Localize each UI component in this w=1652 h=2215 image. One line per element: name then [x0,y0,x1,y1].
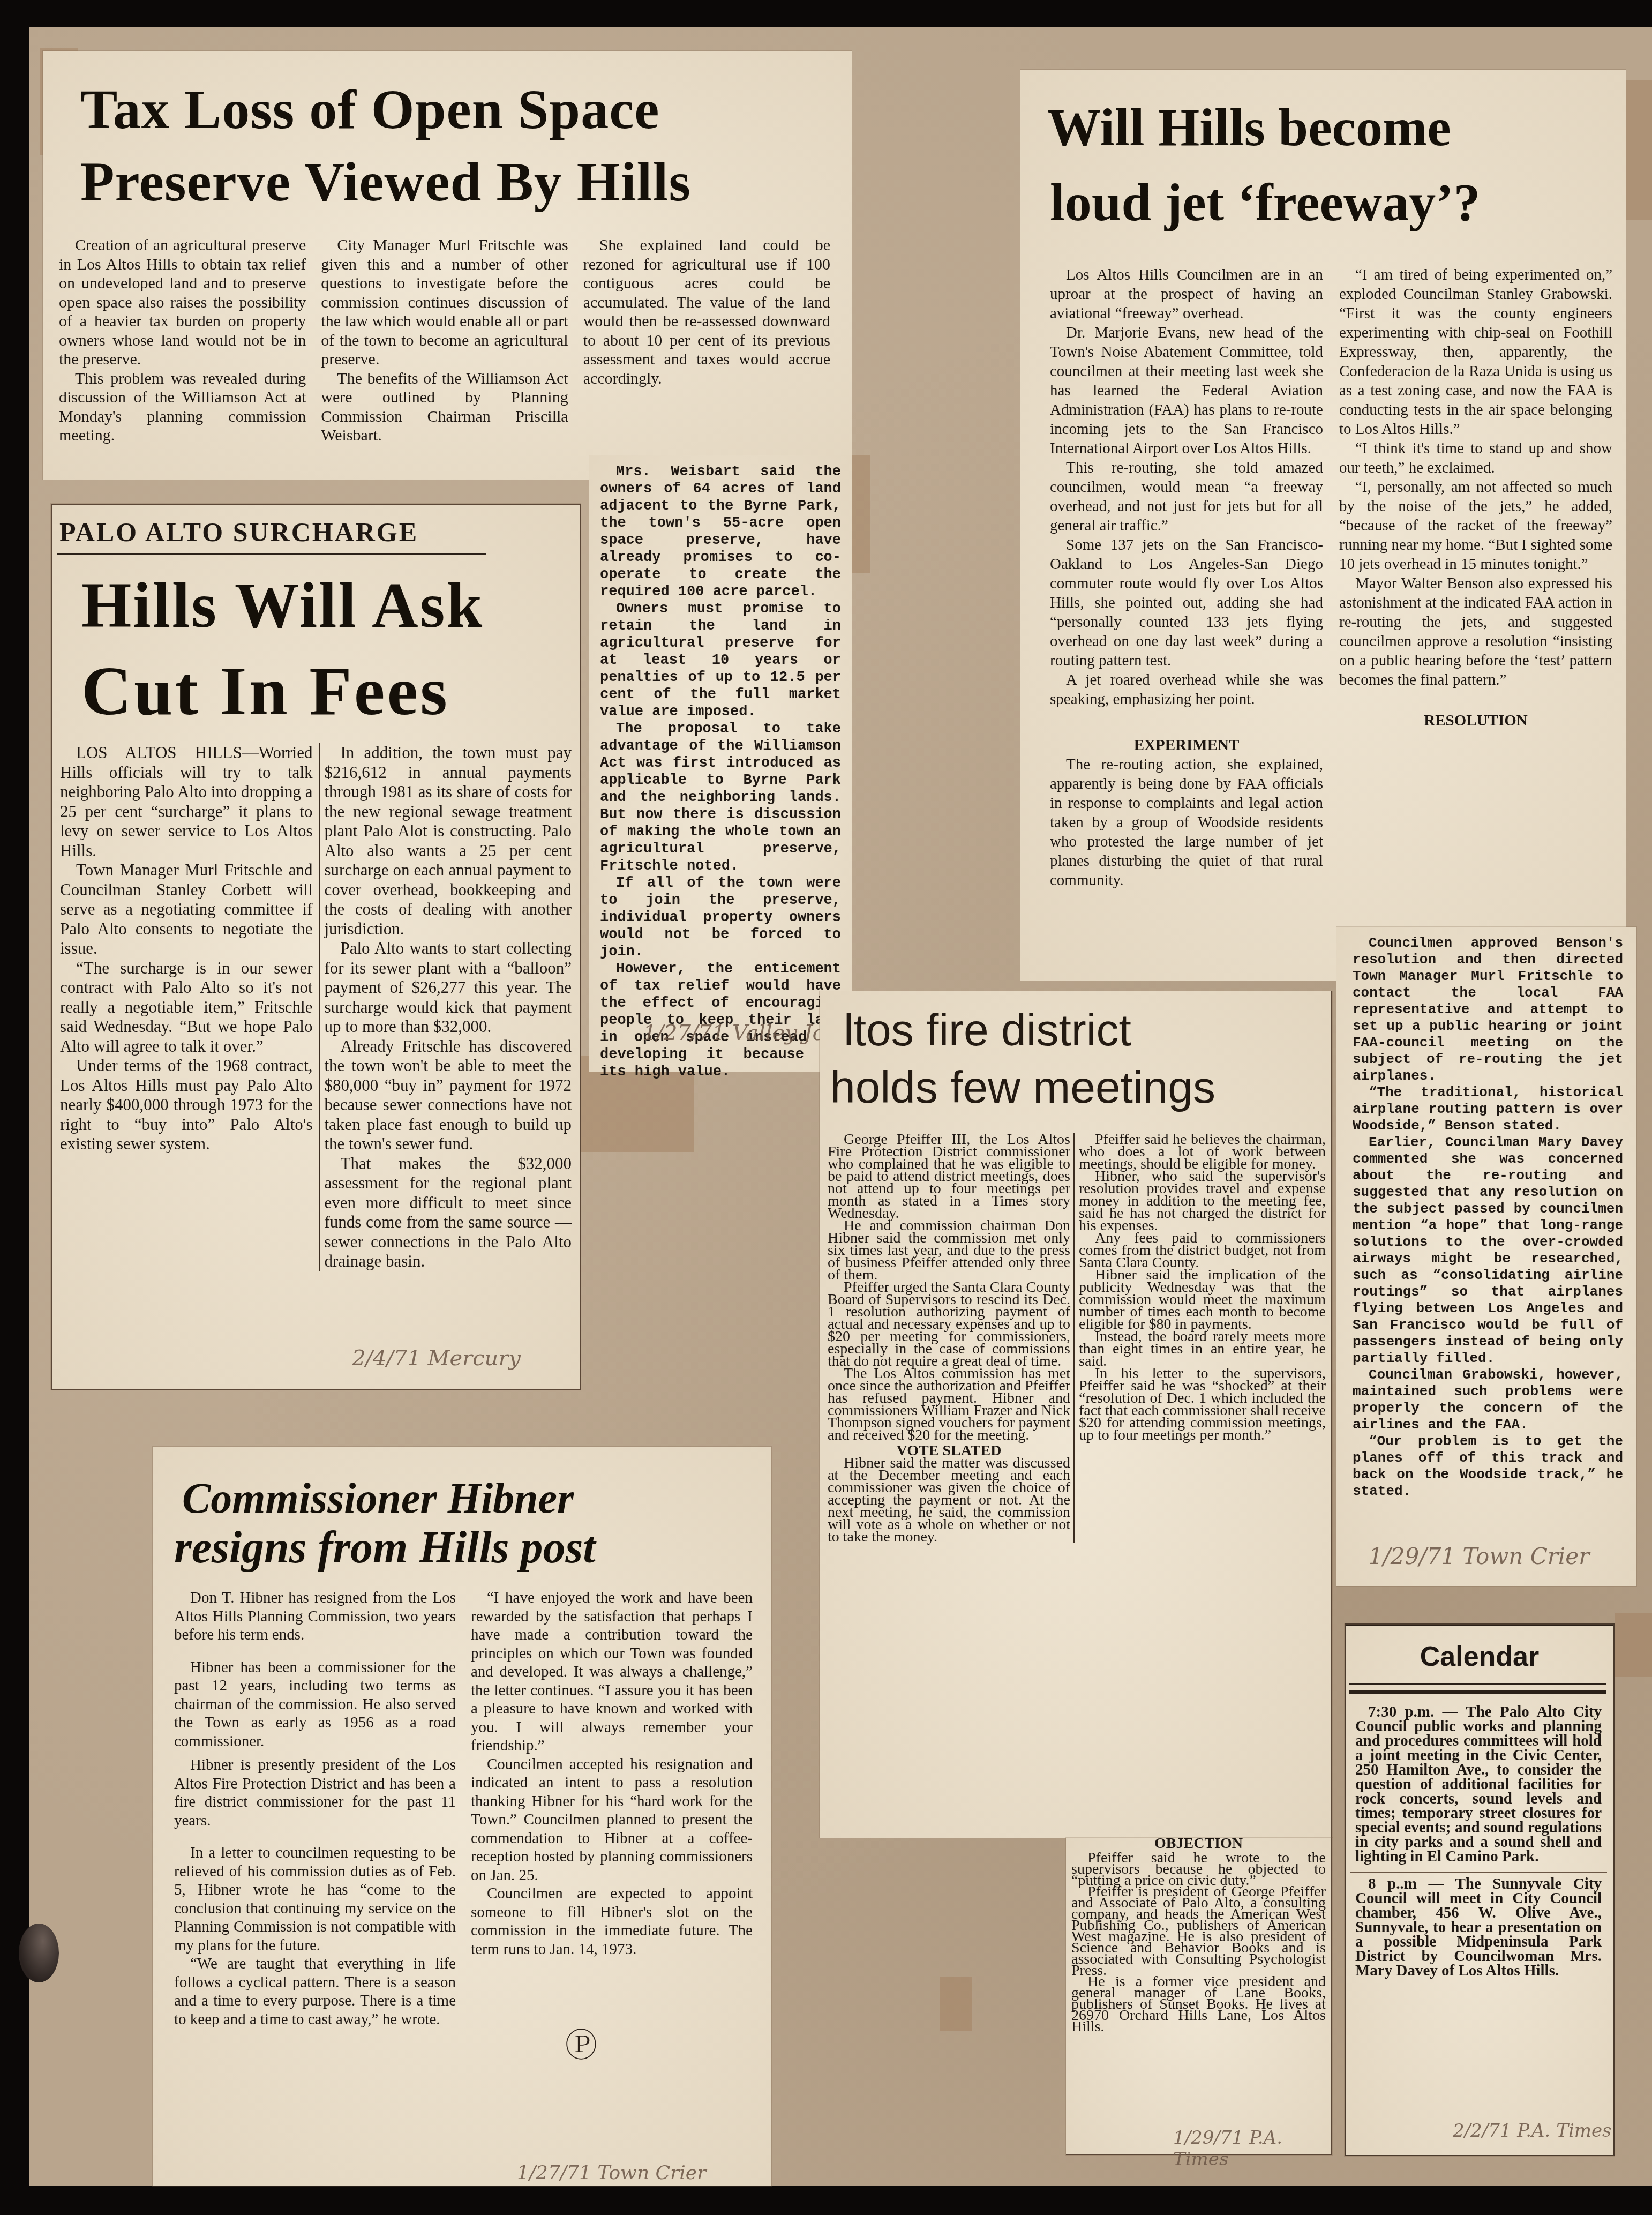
headline-line-2: Cut In Fees [81,655,449,728]
paragraph: Pfeiffer said he wrote to the supervisor… [1071,1852,1326,1886]
title-rule-thick [1349,1690,1606,1694]
paragraph: Hibner is presently president of the Los… [174,1756,456,1830]
paragraph: That makes the $32,000 assessment for th… [325,1154,572,1271]
paragraph: If all of the town were to join the pres… [600,875,841,961]
paragraph: Owners must promise to retain the land i… [600,601,841,721]
handwritten-source-note: 1/27/71 Town Crier [517,2162,706,2184]
paragraph: Mrs. Weisbart said the owners of 64 acre… [600,463,841,601]
calendar-title: Calendar [1346,1641,1613,1673]
column: OBJECTION Pfeiffer said he wrote to the … [1071,1838,1326,2032]
clipping-fire-district: ltos fire district holds few meetings Ge… [820,991,1332,1838]
column: “I am tired of being experimented on,” e… [1339,265,1612,890]
paragraph: He is a former vice president and genera… [1071,1976,1326,2032]
headline-line-2: Preserve Viewed By Hills [80,153,691,211]
column: Don T. Hibner has resigned from the Los … [174,1589,456,2029]
paragraph: The proposal to take advantage of the Wi… [600,721,841,875]
handwritten-source-note: 2/4/71 Mercury [352,1346,521,1371]
paragraph: He and commission chairman Don Hibner sa… [828,1219,1070,1281]
paragraph: “We are taught that everything in life f… [174,1955,456,2029]
handwritten-source-note: 1/27/71 Valley Jour [643,1021,850,1045]
column: Mrs. Weisbart said the owners of 64 acre… [600,463,841,1081]
clipping-calendar: Calendar 7:30 p.m. — The Palo Alto City … [1345,1623,1615,2156]
clipping-hibner-resigns: Commissioner Hibner resigns from Hills p… [153,1447,771,2186]
column: Councilmen approved Benson's resolution … [1353,935,1623,1500]
column: George Pfeiffer III, the Los Altos Fire … [828,1133,1075,1543]
calendar-entry: 8 p..m — The Sunnyvale City Council will… [1355,1877,1602,1978]
headline-line-1: Will Hills become [1047,99,1451,155]
clipping-tax-loss: Tax Loss of Open Space Preserve Viewed B… [43,51,852,480]
paragraph: “Our problem is to get the planes off of… [1353,1433,1623,1500]
headline-line-1: Commissioner Hibner [182,1476,574,1521]
paragraph: Pfeiffer is president of George Pfeiffer… [1071,1886,1326,1976]
paragraph: Dr. Marjorie Evans, new head of the Town… [1050,323,1323,458]
column: LOS ALTOS HILLS—Worried Hills officials … [60,743,313,1271]
paragraph: The re-routing action, she explained, ap… [1050,755,1323,890]
column: “I have enjoyed the work and have been r… [471,1589,753,2029]
paragraph: Earlier, Councilman Mary Davey commented… [1353,1134,1623,1367]
subhead-objection: OBJECTION [1071,1838,1326,1849]
paragraph: Hibner said the implication of the publi… [1079,1269,1326,1330]
tape-strip [1615,1613,1652,1677]
paragraph: “I am tired of being experimented on,” e… [1339,265,1612,439]
paragraph: In his letter to the supervisors, Pfeiff… [1079,1367,1326,1441]
article-body: George Pfeiffer III, the Los Altos Fire … [828,1133,1326,1543]
paragraph: Councilmen are expected to appoint someo… [471,1884,753,1958]
paragraph: George Pfeiffer III, the Los Altos Fire … [828,1133,1070,1219]
subhead-resolution: RESOLUTION [1339,711,1612,730]
clipping-fire-district-continued: OBJECTION Pfeiffer said he wrote to the … [1066,1838,1332,2155]
paragraph: Creation of an agricultural preserve in … [59,236,306,369]
binder-knob [19,1924,59,1982]
paragraph: This re-routing, she told amazed council… [1050,458,1323,535]
handwritten-source-note: 2/2/71 P.A. Times [1453,2120,1612,2142]
calendar-entry: 7:30 p.m. — The Palo Alto City Council p… [1355,1705,1602,1864]
paragraph: Instead, the board rarely meets more tha… [1079,1330,1326,1367]
paragraph: “I, personally, am not affected so much … [1339,477,1612,574]
article-body: Creation of an agricultural preserve in … [59,236,830,445]
column: She explained land could be rezoned for … [583,236,830,445]
paragraph: Councilman Grabowski, however, maintaine… [1353,1367,1623,1433]
title-rule [1349,1683,1606,1685]
headline-line-2: loud jet ‘freeway’? [1050,174,1480,230]
paragraph: Pfeiffer urged the Santa Clara County Bo… [828,1281,1070,1367]
paragraph: “The surcharge is in our sewer contract … [60,959,313,1057]
paragraph: Los Altos Hills Councilmen are in an upr… [1050,265,1323,323]
paragraph: Hibner has been a commissioner for the p… [174,1658,456,1751]
article-body: Don T. Hibner has resigned from the Los … [174,1589,753,2029]
headline-line-2: resigns from Hills post [174,1524,595,1572]
paragraph: Pfeiffer said he believes the chairman, … [1079,1133,1326,1170]
article-body: LOS ALTOS HILLS—Worried Hills officials … [60,743,572,1271]
paragraph: A jet roared overhead while she was spea… [1050,670,1323,709]
headline-line-1: Tax Loss of Open Space [80,80,660,139]
top-rule [1346,1625,1613,1626]
paragraph: Some 137 jets on the San Francisco-Oakla… [1050,535,1323,670]
headline-line-2: holds few meetings [830,1064,1215,1111]
handwritten-source-note: 1/29/71 Town Crier [1369,1543,1589,1569]
paragraph: Town Manager Murl Fritschle and Councilm… [60,860,313,959]
paragraph: Already Fritschle has discovered the tow… [325,1037,572,1154]
page-mark-symbol: Ⓟ [565,2020,597,2066]
paragraph: “I think it's time to stand up and show … [1339,439,1612,477]
paragraph: “I have enjoyed the work and have been r… [471,1589,753,1755]
subhead-experiment: EXPERIMENT [1050,736,1323,755]
paragraph: She explained land could be rezoned for … [583,236,830,388]
paragraph: Don T. Hibner has resigned from the Los … [174,1589,456,1644]
paragraph: Under terms of the 1968 contract, Los Al… [60,1056,313,1154]
calendar-entries: 7:30 p.m. — The Palo Alto City Council p… [1355,1705,1602,1978]
column: Los Altos Hills Councilmen are in an upr… [1050,265,1323,890]
clipping-tax-loss-continued: Mrs. Weisbart said the owners of 64 acre… [589,455,852,1072]
paragraph: Palo Alto wants to start collecting for … [325,939,572,1037]
article-body: Councilmen approved Benson's resolution … [1353,935,1623,1500]
tape-strip [940,1977,972,2031]
kicker-rule [57,553,486,555]
paragraph: This problem was revealed during discuss… [59,369,306,445]
paragraph: Hibner said the matter was discussed at … [828,1457,1070,1543]
paragraph: LOS ALTOS HILLS—Worried Hills officials … [60,743,313,860]
paragraph: In a letter to councilmen requesting to … [174,1844,456,1955]
paragraph: Hibner, who said the supervisor's resolu… [1079,1170,1326,1232]
headline-line-1: Hills Will Ask [81,572,484,639]
handwritten-source-note: 1/29/71 P.A. Times [1173,2127,1331,2170]
clipping-jet-freeway: Will Hills become loud jet ‘freeway’? Lo… [1020,70,1626,981]
article-body: Mrs. Weisbart said the owners of 64 acre… [600,463,841,1081]
scrapbook-page: Tax Loss of Open Space Preserve Viewed B… [29,27,1652,2186]
column: In addition, the town must pay $216,612 … [319,743,572,1271]
paragraph: City Manager Murl Fritschle was given th… [321,236,568,369]
paragraph: Councilmen approved Benson's resolution … [1353,935,1623,1084]
clipping-palo-alto-surcharge: PALO ALTO SURCHARGE Hills Will Ask Cut I… [51,504,581,1390]
headline-line-1: ltos fire district [844,1006,1131,1053]
column: City Manager Murl Fritschle was given th… [321,236,568,445]
paragraph: Any fees paid to commissioners comes fro… [1079,1232,1326,1269]
paragraph: The Los Altos commission has met once si… [828,1367,1070,1441]
kicker: PALO ALTO SURCHARGE [59,517,418,548]
paragraph: In addition, the town must pay $216,612 … [325,743,572,939]
article-body: OBJECTION Pfeiffer said he wrote to the … [1071,1838,1326,2032]
column: Pfeiffer said he believes the chairman, … [1079,1133,1326,1543]
paragraph: The benefits of the Williamson Act were … [321,369,568,445]
clipping-jet-freeway-continued: Councilmen approved Benson's resolution … [1336,927,1636,1586]
entry-divider [1350,1872,1607,1873]
paragraph: “The traditional, historical airplane ro… [1353,1084,1623,1134]
paragraph: Mayor Walter Benson also expressed his a… [1339,574,1612,690]
column: Creation of an agricultural preserve in … [59,236,306,445]
paragraph: Councilmen accepted his resignation and … [471,1755,753,1885]
article-body: Los Altos Hills Councilmen are in an upr… [1050,265,1612,890]
